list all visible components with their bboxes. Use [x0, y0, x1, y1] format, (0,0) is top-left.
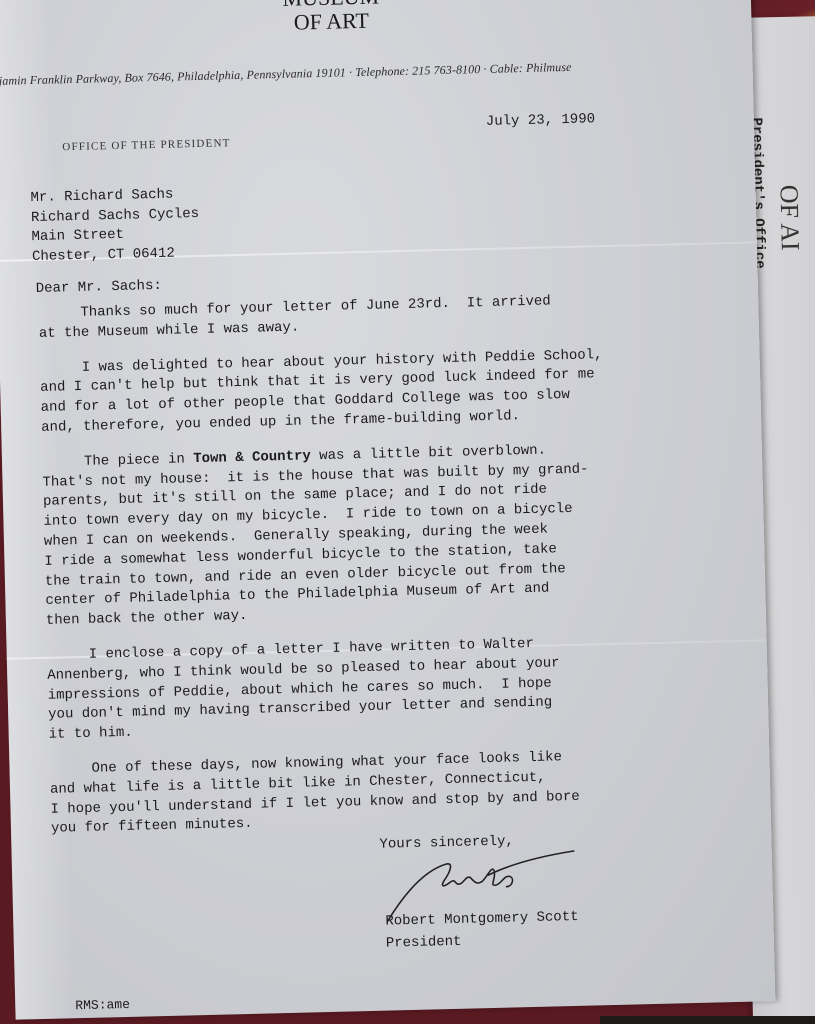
recipient-address: Mr. Richard Sachs Richard Sachs Cycles M…	[30, 185, 200, 267]
typist-initials: RMS:ame	[75, 997, 130, 1013]
paragraph: The piece in Town & Country was a little…	[42, 438, 696, 632]
signer-title: President	[386, 928, 580, 955]
paragraph: I enclose a copy of a letter I have writ…	[47, 631, 699, 746]
paragraph: I was delighted to hear about your histo…	[40, 344, 692, 439]
letter-date: July 23, 1990	[486, 111, 596, 130]
signer-block: Robert Montgomery Scott President	[385, 906, 579, 955]
recipient-line: Chester, CT 06412	[32, 243, 200, 267]
letterhead: PHILADELPHIA MUSEUM OF ART	[0, 0, 752, 42]
letter-page: PHILADELPHIA MUSEUM OF ART njamin Frankl…	[0, 0, 775, 1020]
letter-body: Thanks so much for your letter of June 2…	[38, 289, 701, 855]
salutation: Dear Mr. Sachs:	[36, 278, 162, 297]
paragraph: One of these days, now knowing what your…	[49, 745, 701, 840]
back-sheet-title: OF AI	[774, 185, 805, 251]
letterhead-address: njamin Franklin Parkway, Box 7646, Phila…	[0, 60, 572, 89]
table-surface-edge	[600, 1016, 815, 1024]
signer-name: Robert Montgomery Scott	[385, 906, 579, 933]
publication-title: Town & Country	[193, 448, 311, 467]
closing: Yours sincerely,	[379, 833, 514, 852]
paragraph: Thanks so much for your letter of June 2…	[38, 289, 689, 344]
recipient-line: Richard Sachs Cycles	[31, 204, 199, 228]
office-label: OFFICE OF THE PRESIDENT	[62, 137, 231, 153]
